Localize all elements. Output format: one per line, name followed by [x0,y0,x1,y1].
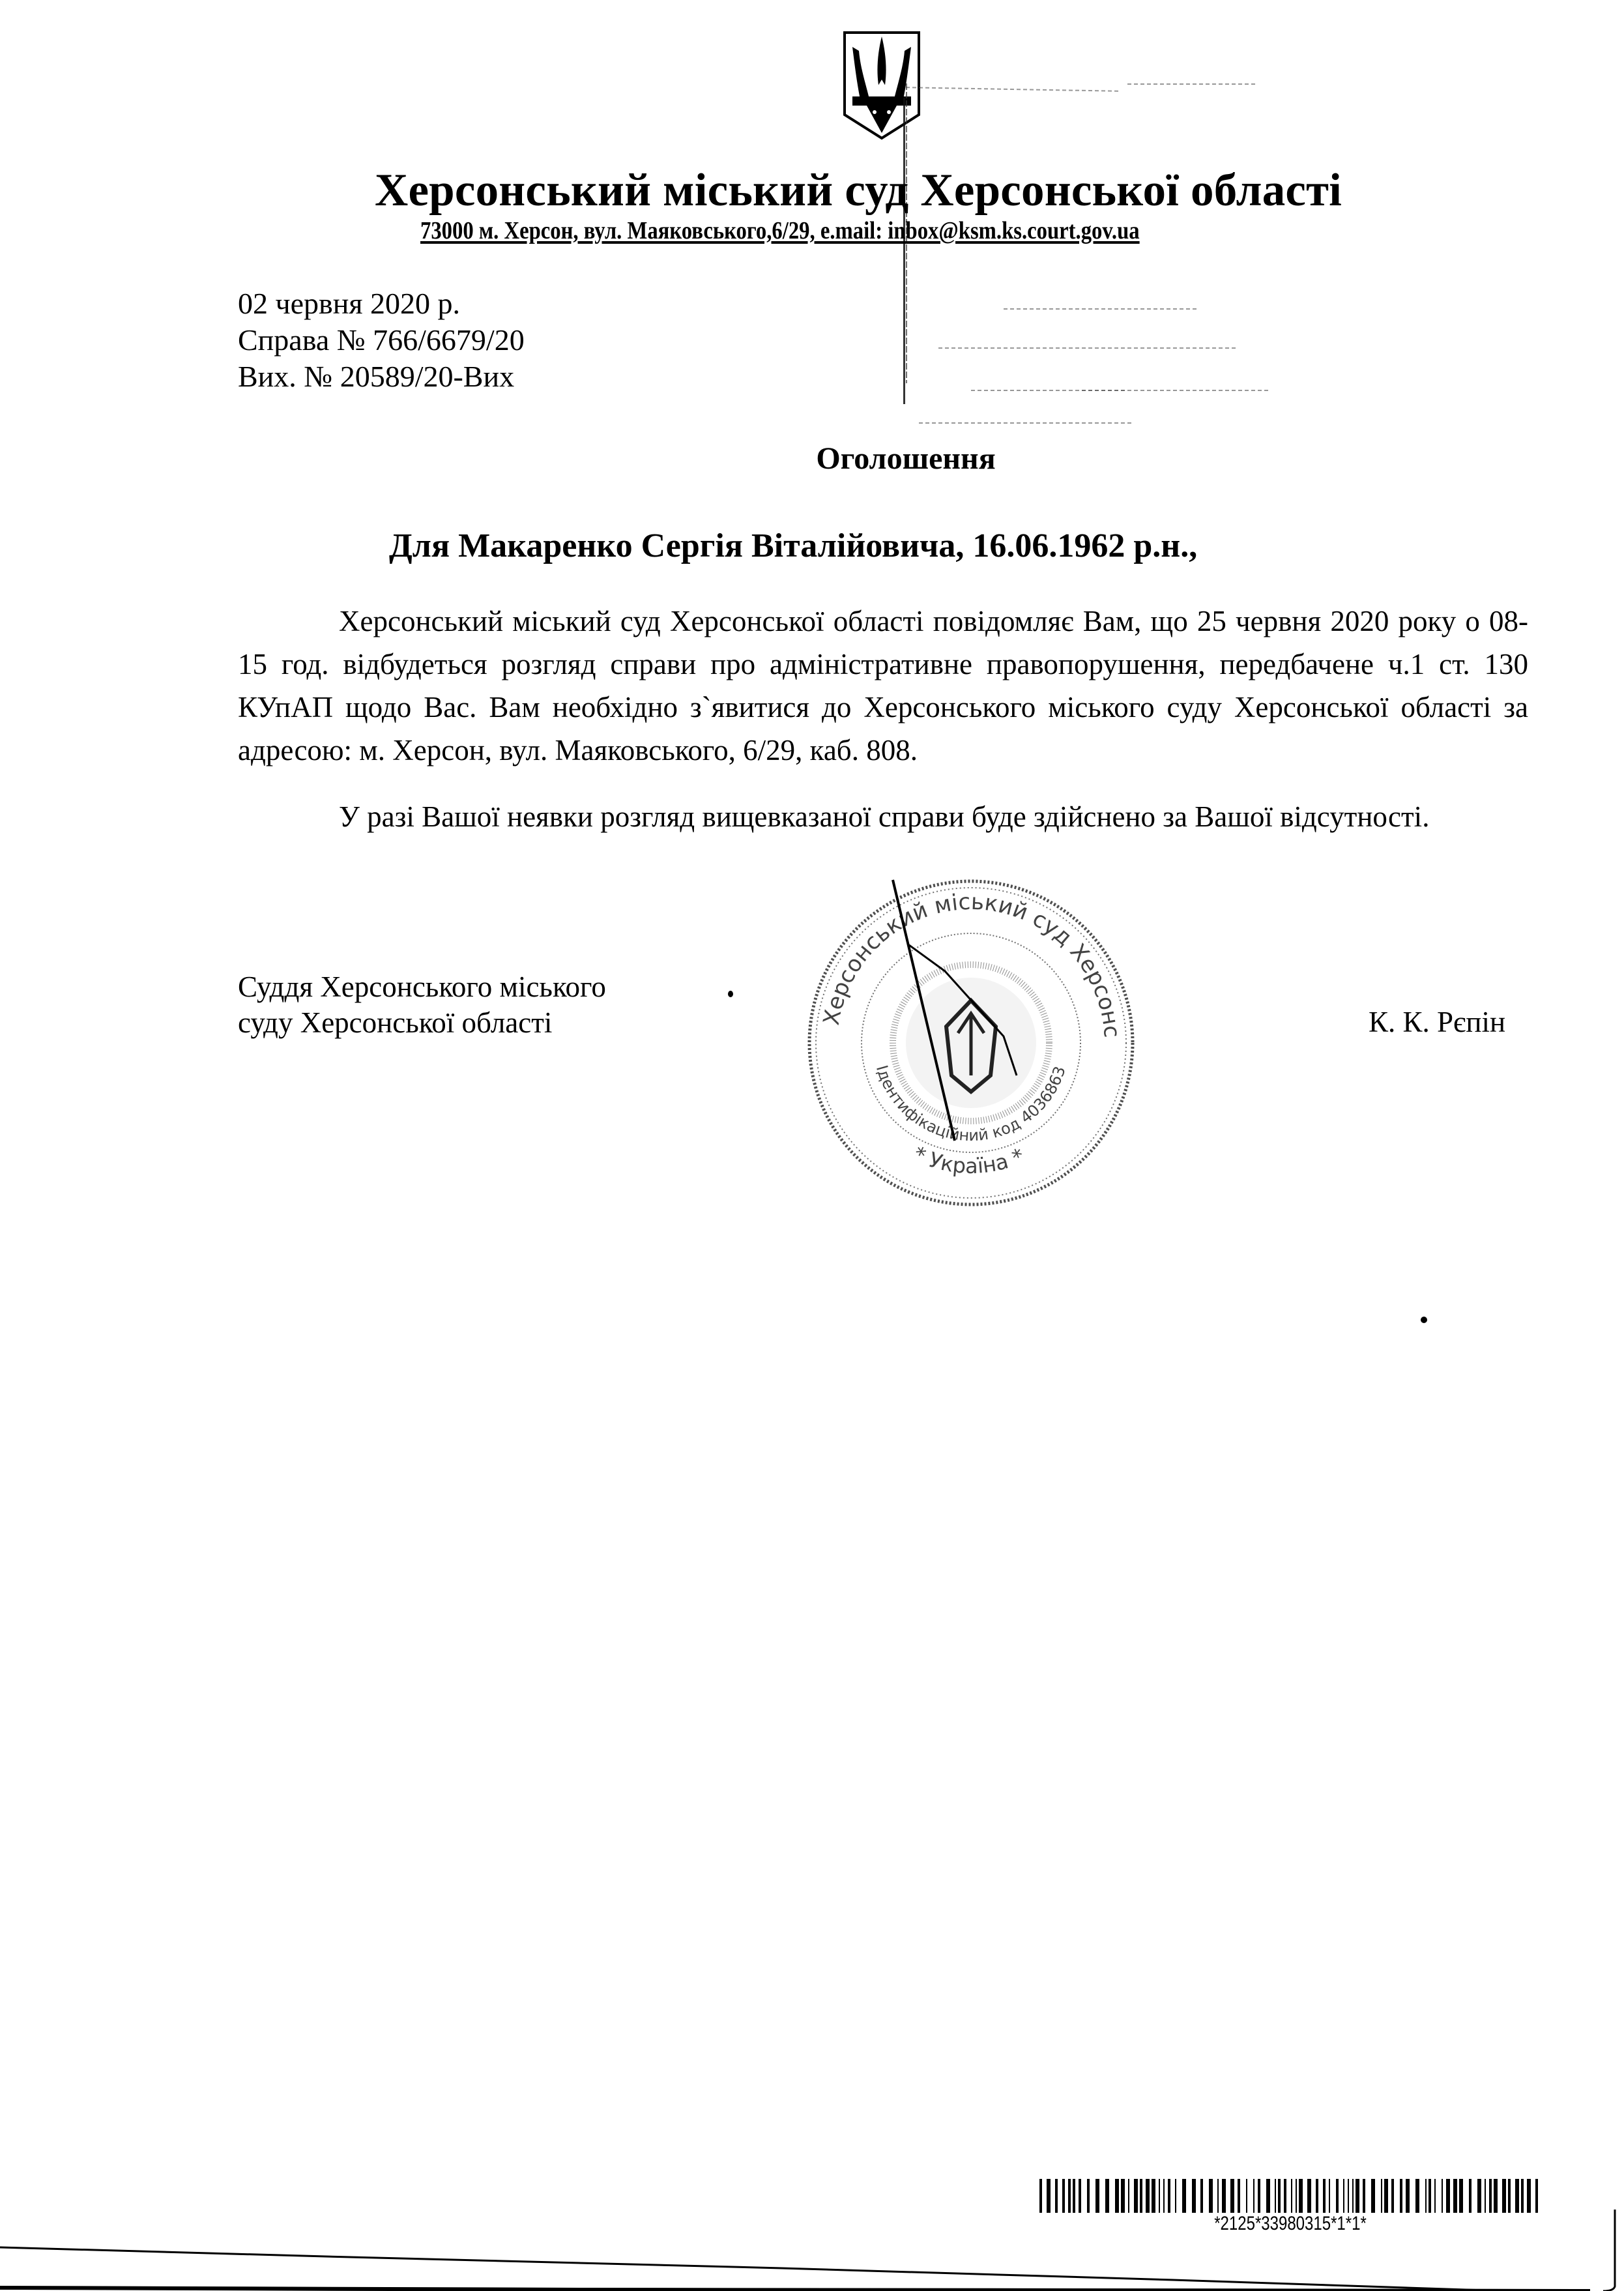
document-meta: 02 червня 2020 р. Справа № 766/6679/20 В… [238,285,525,395]
seal-lower-text: * Україна * [910,1141,1028,1178]
official-seal-stamp: Херсонський міський суд Херсонської обла… [795,867,1147,1219]
judge-position-line: суду Херсонської області [238,1005,606,1041]
document-barcode [1039,2179,1541,2213]
stamp-line [1004,308,1199,310]
notice-addressee: Для Макаренко Сергія Віталійовича, 16.06… [389,527,1197,565]
notice-paragraph: У разі Вашої неявки розгляд вищевказаної… [238,795,1528,838]
stamp-line [919,422,1134,424]
court-name-title: Херсонський міський суд Херсонської обла… [375,164,1404,217]
scan-edge-lines [0,2210,1624,2291]
judge-position: Суддя Херсонського міського суду Херсонс… [238,969,606,1041]
svg-text:* Україна *: * Україна * [910,1141,1028,1178]
outgoing-number: Вих. № 20589/20-Вих [238,358,525,395]
case-number: Справа № 766/6679/20 [238,322,525,358]
ink-speck [1421,1317,1427,1323]
notice-paragraph: Херсонський міський суд Херсонської обла… [238,600,1528,772]
ink-speck [728,991,733,997]
pen-mark [903,98,905,404]
notice-heading: Оголошення [0,441,1624,476]
stamp-line [1082,390,1271,391]
stamp-line [938,347,1238,349]
stamp-line [906,87,1121,92]
court-address-line: 73000 м. Херсон, вул. Маяковського,6/29,… [420,216,1140,245]
stamp-line [1127,83,1258,85]
judge-name: К. К. Рєпін [1369,1005,1505,1039]
judge-position-line: Суддя Херсонського міського [238,969,606,1005]
document-date: 02 червня 2020 р. [238,285,525,322]
